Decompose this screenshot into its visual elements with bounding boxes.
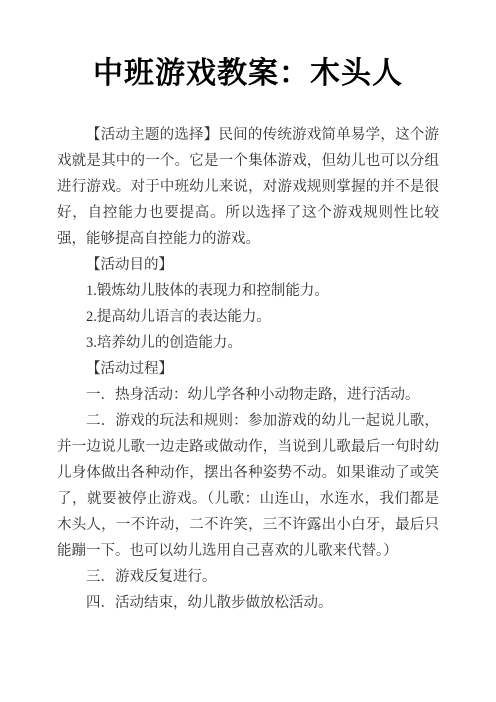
goal-item-2: 2.提高幼儿语言的表达能力。 — [57, 304, 439, 330]
goal-item-1: 1.锻炼幼儿肢体的表现力和控制能力。 — [57, 278, 439, 304]
paragraph-theme-selection: 【活动主题的选择】民间的传统游戏简单易学，这个游戏就是其中的一个。它是一个集体游… — [57, 122, 439, 252]
process-step-1: 一．热身活动：幼儿学各种小动物走路，进行活动。 — [57, 382, 439, 408]
document-page: 中班游戏教案：木头人 【活动主题的选择】民间的传统游戏简单易学，这个游戏就是其中… — [0, 0, 496, 702]
process-step-4: 四．活动结束，幼儿散步做放松活动。 — [57, 590, 439, 616]
process-step-3: 三．游戏反复进行。 — [57, 564, 439, 590]
goal-item-3: 3.培养幼儿的创造能力。 — [57, 330, 439, 356]
process-step-2: 二．游戏的玩法和规则：参加游戏的幼儿一起说儿歌，并一边说儿歌一边走路或做动作，当… — [57, 408, 439, 564]
section-heading-goals: 【活动目的】 — [57, 252, 439, 278]
page-title: 中班游戏教案：木头人 — [40, 52, 456, 96]
document-body: 【活动主题的选择】民间的传统游戏简单易学，这个游戏就是其中的一个。它是一个集体游… — [57, 122, 439, 616]
section-heading-process: 【活动过程】 — [57, 356, 439, 382]
